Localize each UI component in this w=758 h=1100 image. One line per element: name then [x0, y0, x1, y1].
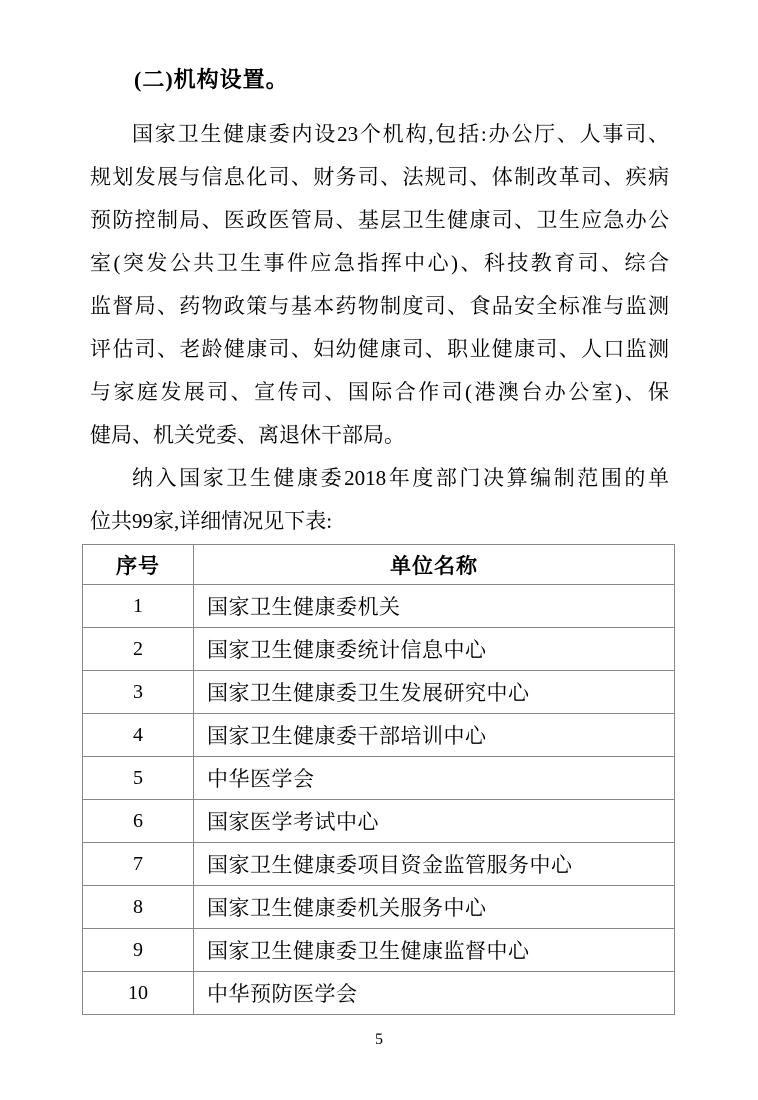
table-row: 2 国家卫生健康委统计信息中心: [83, 628, 675, 671]
unit-name: 国家卫生健康委机关: [194, 585, 675, 628]
page-number: 5: [0, 1030, 758, 1050]
unit-name: 国家卫生健康委统计信息中心: [194, 628, 675, 671]
text-line: 室(突发公共卫生事件应急指挥中心)、科技教育司、综合: [90, 242, 669, 285]
text-line: 国家卫生健康委内设23个机构,包括:办公厅、人事司、: [90, 113, 669, 156]
unit-name: 国家卫生健康委机关服务中心: [194, 886, 675, 929]
table-row: 1 国家卫生健康委机关: [83, 585, 675, 628]
table-row: 4 国家卫生健康委干部培训中心: [83, 714, 675, 757]
header-unit-name: 单位名称: [194, 545, 675, 585]
document-page: { "document": { "heading": "(二)机构设置。", "…: [0, 0, 758, 1100]
unit-name: 国家卫生健康委卫生健康监督中心: [194, 929, 675, 972]
text-line: 预防控制局、医政医管局、基层卫生健康司、卫生应急办公: [90, 199, 669, 242]
row-number: 7: [83, 843, 194, 886]
header-row: 序号 单位名称: [83, 545, 675, 585]
table-row: 7 国家卫生健康委项目资金监管服务中心: [83, 843, 675, 886]
paragraph-organization: 国家卫生健康委内设23个机构,包括:办公厅、人事司、规划发展与信息化司、财务司、…: [90, 113, 669, 457]
text-line: 纳入国家卫生健康委2018年度部门决算编制范围的单: [90, 457, 669, 500]
table-row: 9 国家卫生健康委卫生健康监督中心: [83, 929, 675, 972]
table-row: 3 国家卫生健康委卫生发展研究中心: [83, 671, 675, 714]
unit-name: 国家卫生健康委项目资金监管服务中心: [194, 843, 675, 886]
text-line: 与家庭发展司、宣传司、国际合作司(港澳台办公室)、保: [90, 371, 669, 414]
row-number: 3: [83, 671, 194, 714]
unit-name: 国家卫生健康委干部培训中心: [194, 714, 675, 757]
unit-name: 国家医学考试中心: [194, 800, 675, 843]
row-number: 8: [83, 886, 194, 929]
table-row: 10 中华预防医学会: [83, 972, 675, 1015]
paragraph-budget-scope: 纳入国家卫生健康委2018年度部门决算编制范围的单位共99家,详细情况见下表:: [90, 457, 669, 543]
row-number: 1: [83, 585, 194, 628]
text-line: 健局、机关党委、离退休干部局。: [90, 414, 669, 457]
row-number: 2: [83, 628, 194, 671]
unit-name: 中华医学会: [194, 757, 675, 800]
table-row: 5 中华医学会: [83, 757, 675, 800]
units-table-header: 序号 单位名称: [83, 545, 675, 585]
text-line: 规划发展与信息化司、财务司、法规司、体制改革司、疾病: [90, 156, 669, 199]
row-number: 6: [83, 800, 194, 843]
units-table: 序号 单位名称 1 国家卫生健康委机关 2 国家卫生健康委统计信息中心 3 国家…: [82, 544, 675, 1015]
unit-name: 国家卫生健康委卫生发展研究中心: [194, 671, 675, 714]
text-line: 监督局、药物政策与基本药物制度司、食品安全标准与监测: [90, 285, 669, 328]
unit-name: 中华预防医学会: [194, 972, 675, 1015]
header-serial-number: 序号: [83, 545, 194, 585]
table-row: 8 国家卫生健康委机关服务中心: [83, 886, 675, 929]
row-number: 9: [83, 929, 194, 972]
section-heading: (二)机构设置。: [90, 58, 669, 101]
table-row: 6 国家医学考试中心: [83, 800, 675, 843]
row-number: 5: [83, 757, 194, 800]
units-table-body: 1 国家卫生健康委机关 2 国家卫生健康委统计信息中心 3 国家卫生健康委卫生发…: [83, 585, 675, 1015]
text-line: 位共99家,详细情况见下表:: [90, 500, 669, 543]
row-number: 10: [83, 972, 194, 1015]
page-content: (二)机构设置。 国家卫生健康委内设23个机构,包括:办公厅、人事司、规划发展与…: [0, 0, 758, 1015]
text-line: 评估司、老龄健康司、妇幼健康司、职业健康司、人口监测: [90, 328, 669, 371]
row-number: 4: [83, 714, 194, 757]
